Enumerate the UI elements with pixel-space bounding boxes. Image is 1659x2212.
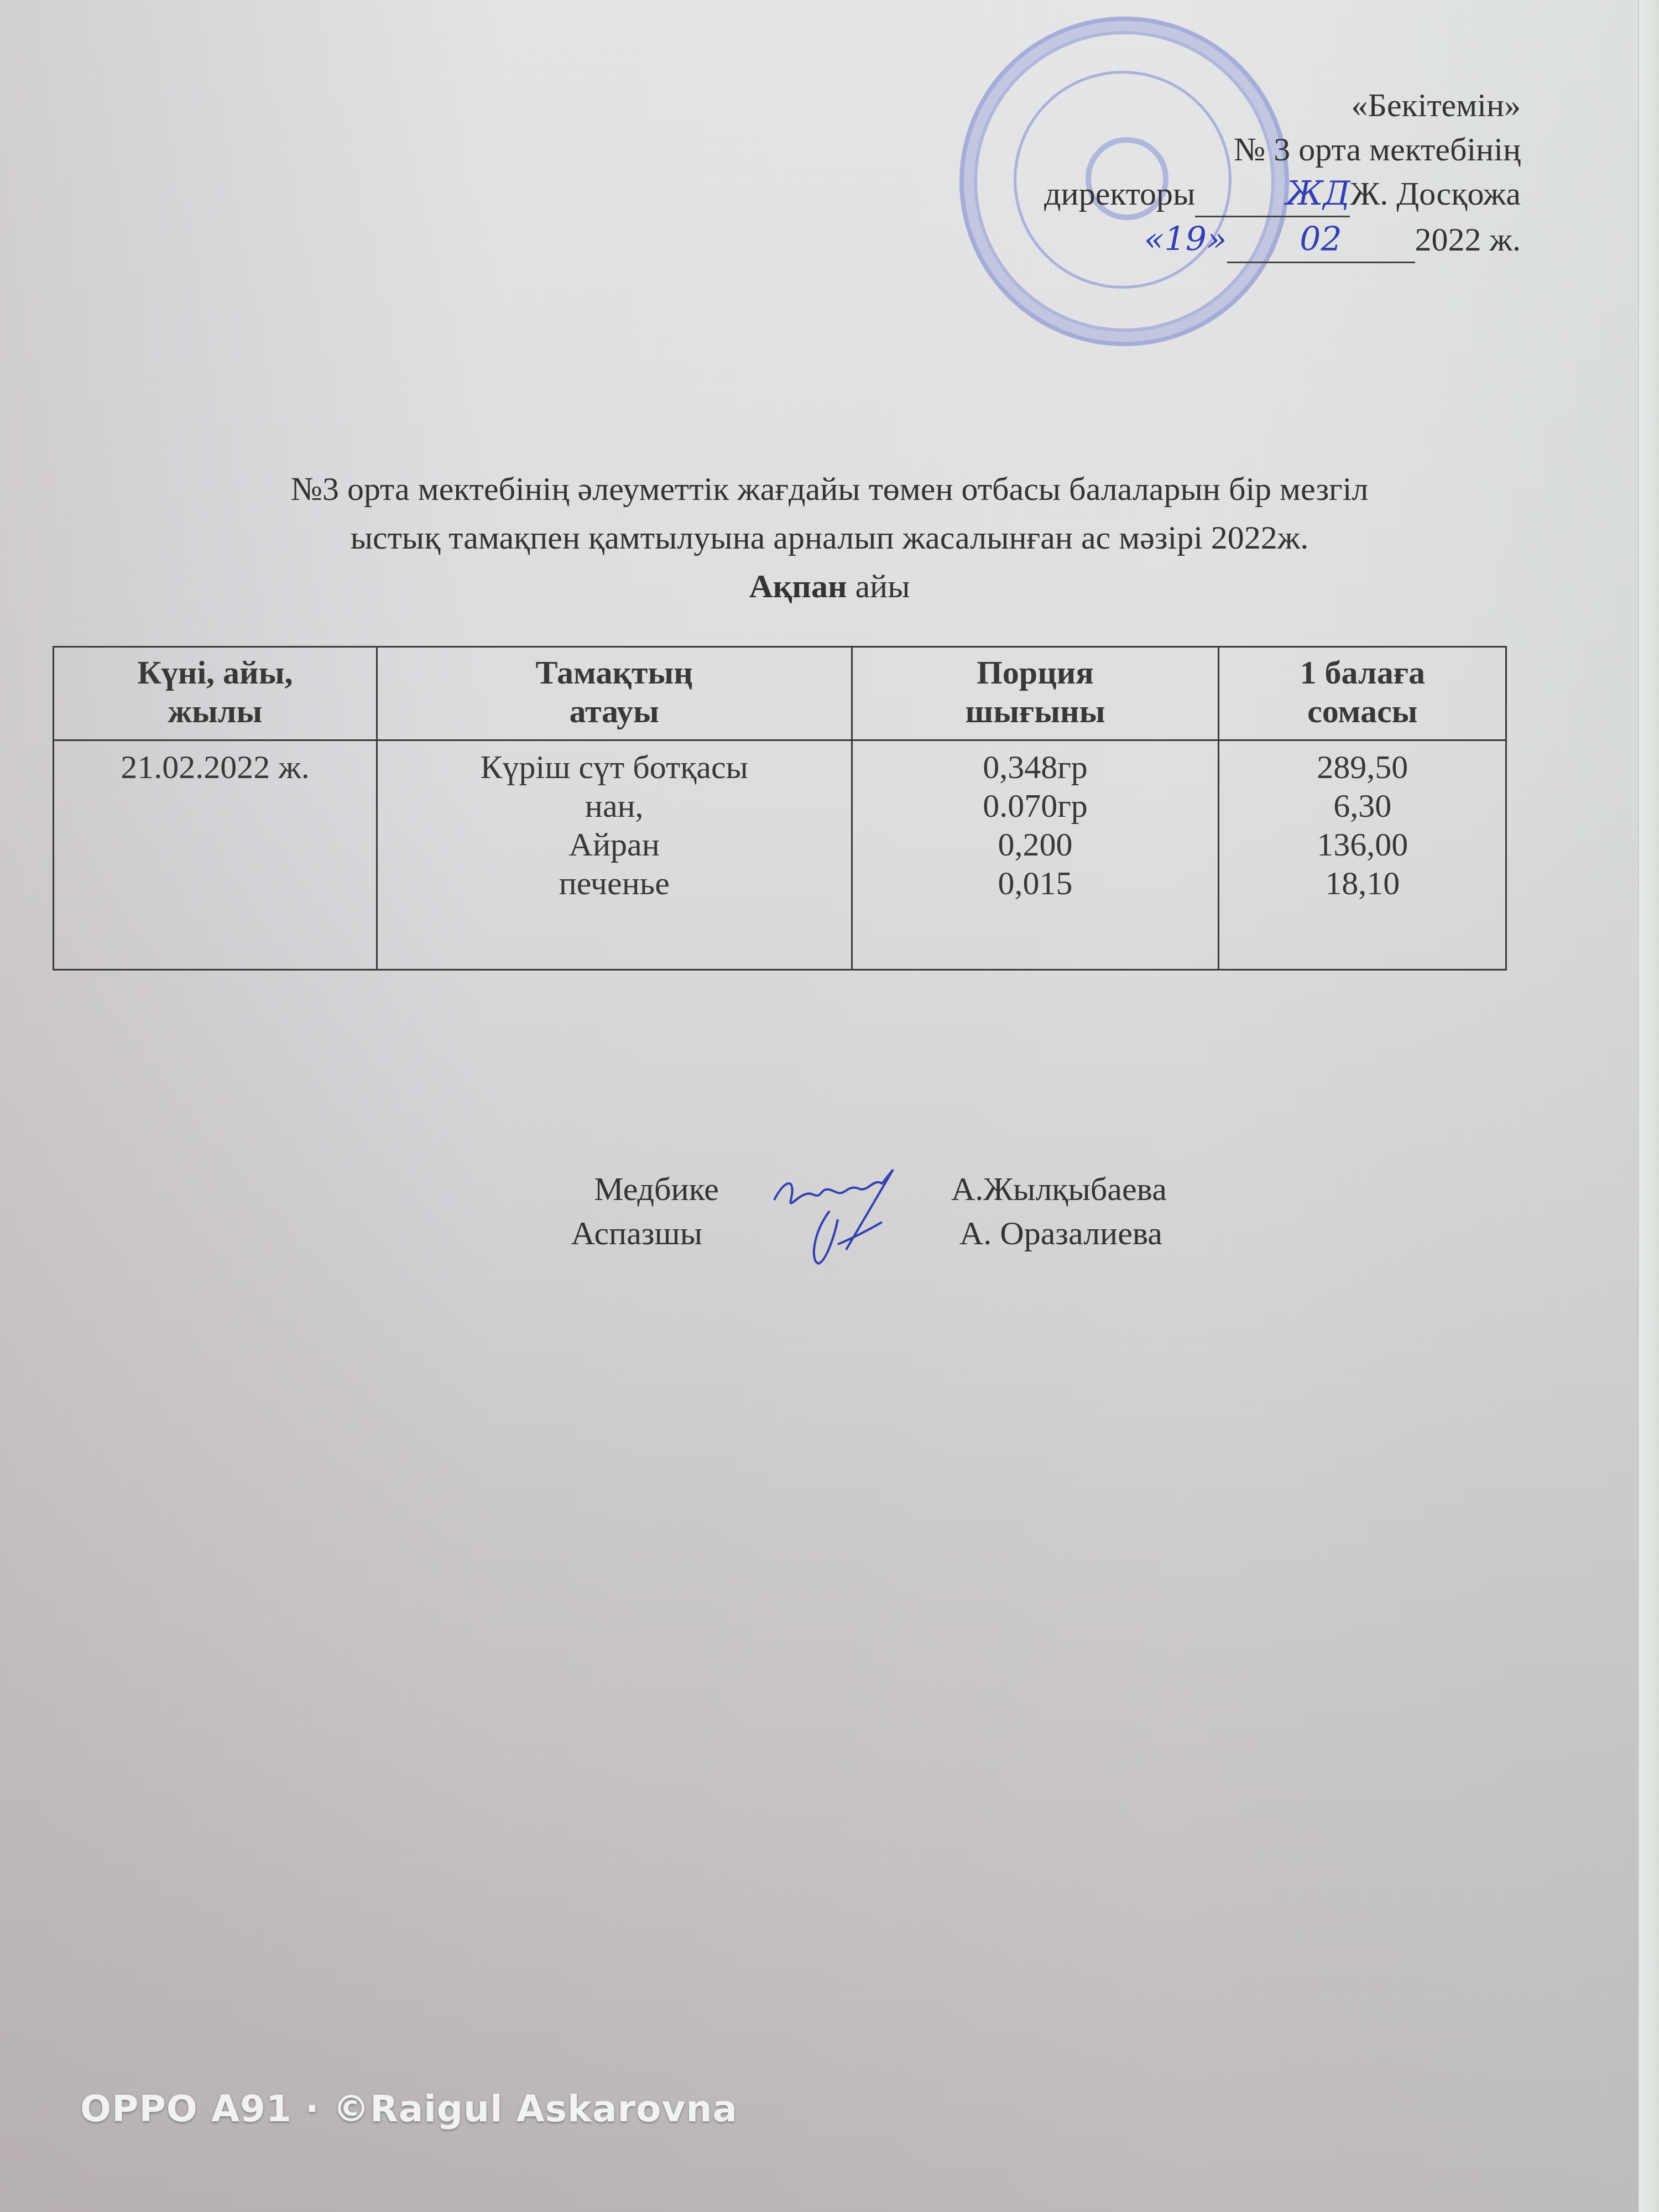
director-label: директоры xyxy=(1044,175,1195,212)
role-nurse: Медбике xyxy=(531,1167,719,1211)
title-month: Ақпан айы xyxy=(111,562,1548,611)
approval-block: «Бекітемін» № 3 орта мектебінің директор… xyxy=(1044,83,1521,263)
month-name: Ақпан xyxy=(749,568,847,604)
date-month: 02 xyxy=(1227,217,1415,263)
cell-dishes: Күріш сүт ботқасы нан, Айран печенье xyxy=(377,740,852,970)
dish-item: Айран xyxy=(383,825,846,864)
cell-date: 21.02.2022 ж. xyxy=(54,740,377,970)
portion-value: 0.070гр xyxy=(858,786,1213,825)
portion-value: 0,015 xyxy=(858,864,1213,902)
approval-school: № 3 орта мектебінің xyxy=(1044,127,1521,171)
title-line-2: ыстық тамақпен қамтылуына арналып жасалы… xyxy=(111,513,1548,562)
table-row: 21.02.2022 ж. Күріш сүт ботқасы нан, Айр… xyxy=(54,740,1506,970)
role-cook: Аспазшы xyxy=(514,1211,702,1255)
dish-item: нан, xyxy=(383,786,846,825)
approval-heading: «Бекітемін» xyxy=(1044,83,1521,127)
cost-value: 289,50 xyxy=(1225,748,1500,786)
director-signature: ЖД xyxy=(1195,171,1350,217)
header-cost-per-child: 1 балағасомасы xyxy=(1219,647,1506,740)
paper-edge xyxy=(1638,0,1659,2212)
month-suffix: айы xyxy=(855,568,910,604)
handwritten-signature-icon xyxy=(763,1167,907,1272)
cell-costs: 289,50 6,30 136,00 18,10 xyxy=(1219,740,1506,970)
approval-date: «19»022022 ж. xyxy=(1044,217,1521,263)
document-title: №3 орта мектебінің әлеуметтік жағдайы тө… xyxy=(111,465,1548,611)
cost-value: 6,30 xyxy=(1225,786,1500,825)
cost-value: 136,00 xyxy=(1225,825,1500,864)
approval-director-line: директорыЖДЖ. Досқожа xyxy=(1044,171,1521,217)
name-cook: А. Оразалиева xyxy=(959,1211,1162,1255)
header-dish-name: Тамақтыңатауы xyxy=(377,647,852,740)
cell-portions: 0,348гр 0.070гр 0,200 0,015 xyxy=(852,740,1219,970)
date-day: «19» xyxy=(1144,220,1227,259)
cost-value: 18,10 xyxy=(1225,864,1500,902)
portion-value: 0,200 xyxy=(858,825,1213,864)
table-header-row: Күні, айы,жылы Тамақтыңатауы Порцияшығын… xyxy=(54,647,1506,740)
menu-table: Күні, айы,жылы Тамақтыңатауы Порцияшығын… xyxy=(53,646,1507,971)
dish-item: Күріш сүт ботқасы xyxy=(383,748,846,786)
camera-watermark: OPPO A91 · ©Raigul Askarovna xyxy=(80,2088,738,2130)
paper-shading xyxy=(0,0,1659,2212)
name-nurse: А.Жылқыбаева xyxy=(951,1167,1167,1211)
dish-item: печенье xyxy=(383,864,846,902)
portion-value: 0,348гр xyxy=(858,748,1213,786)
director-name: Ж. Досқожа xyxy=(1350,175,1521,212)
date-year: 2022 ж. xyxy=(1415,221,1521,258)
title-line-1: №3 орта мектебінің әлеуметтік жағдайы тө… xyxy=(111,465,1548,513)
header-date: Күні, айы,жылы xyxy=(54,647,377,740)
header-portion: Порцияшығыны xyxy=(852,647,1219,740)
